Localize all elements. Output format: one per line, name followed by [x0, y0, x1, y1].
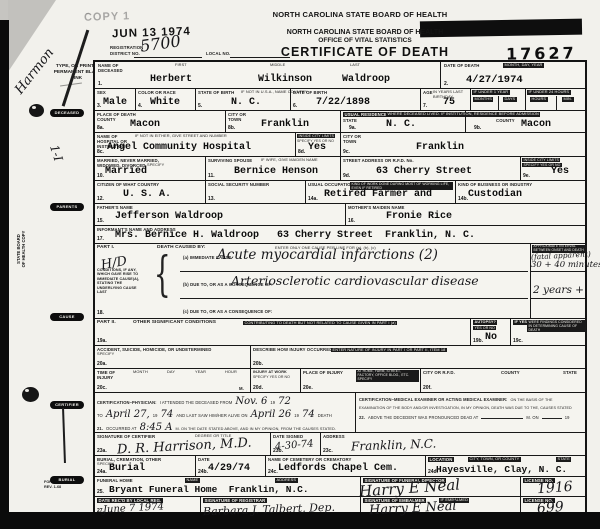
- cell-father: FATHER'S NAME 15. Jefferson Waldroop: [95, 204, 345, 225]
- physician-line-2: TO April 27, 19 74 AND LAST SAW HIM/HER …: [97, 409, 353, 420]
- physician-text-4: DEATH: [318, 413, 332, 418]
- funeral-home-label: FUNERAL HOME: [97, 478, 133, 483]
- registration-underline: [134, 57, 202, 58]
- under-1-year-months: MONTHS: [473, 97, 493, 102]
- name-last-value: Waldroop: [342, 75, 390, 85]
- certifier-address-value: Franklin, N.C.: [351, 437, 437, 454]
- pod-county-number: 8a.: [97, 125, 104, 131]
- location-value: Hayesville, Clay, N. C.: [436, 465, 567, 475]
- part2-title: OTHER SIGNIFICANT CONDITIONS: [133, 320, 216, 326]
- injury-at-work-sublabel: SPECIFY YES OR NO: [253, 375, 290, 379]
- examiner-line-1: CERTIFICATION–MEDICAL EXAMINER OR ACTING…: [359, 397, 583, 402]
- row-citizen-occupation: CITIZEN OF WHAT COUNTRY 12. U. S. A. SOC…: [95, 180, 585, 203]
- form-number-line-2: REV. 1-68: [44, 485, 61, 490]
- injury-city-label: CITY OR R.F.D.: [423, 370, 455, 375]
- autopsy-number: 19b.: [473, 338, 483, 344]
- under-24-hours-min: MIN.: [562, 97, 574, 102]
- name-middle-value: Wilkinson: [258, 75, 312, 85]
- cell-residence-city: CITY OR TOWN 9c. Franklin: [340, 133, 585, 156]
- date-of-death-sublabel: MONTH, DAY, YEAR: [503, 63, 544, 68]
- cell-certification-physician: CERTIFICATION–PHYSICIAN: I ATTENDED THE …: [95, 393, 355, 432]
- cell-cause-part1: PART I. DEATH CAUSED BY: ENTER ONLY ONE …: [95, 244, 530, 318]
- location-sublabel-1: CITY, TOWN, OR COUNTY: [468, 457, 521, 462]
- physician-line-1: CERTIFICATION–PHYSICIAN: I ATTENDED THE …: [97, 396, 353, 407]
- injury-place-sublabel: AT HOME, FARM, STREET, FACTORY, OFFICE B…: [356, 370, 419, 382]
- sex-number: 3.: [97, 103, 101, 109]
- cell-funeral-home: FUNERAL HOME NAME ADDRESS 25. Bryant Fun…: [95, 477, 360, 496]
- cell-part2: PART II. OTHER SIGNIFICANT CONDITIONS CO…: [95, 319, 470, 345]
- punch-hole-mark-top: [29, 104, 44, 117]
- injury-time-number: 20c.: [97, 385, 107, 391]
- side-copy-line-2: OF HEALTH COPY: [21, 224, 26, 274]
- date-of-death-value: 4/27/1974: [466, 75, 523, 86]
- cell-state-of-birth: STATE OF BIRTH IF NOT IN U.S.A., NAME CO…: [195, 89, 290, 110]
- injury-manner-sublabel: SPECIFY: [97, 352, 114, 357]
- last-seen-value: April 26: [251, 409, 292, 420]
- examiner-title: CERTIFICATION–MEDICAL EXAMINER OR ACTING…: [359, 397, 507, 402]
- cell-injury-place: PLACE OF INJURY AT HOME, FARM, STREET, F…: [300, 369, 420, 392]
- date-of-birth-value: 7/22/1898: [316, 98, 370, 108]
- cell-injury-how: DESCRIBE HOW INJURY OCCURRED ENTER NATUR…: [250, 346, 585, 368]
- father-value: Jefferson Waldroop: [115, 212, 223, 222]
- cell-certifier-signature: SIGNATURE OF CERTIFIER DEGREE OR TITLE 2…: [95, 433, 270, 455]
- burial-date-number: 24b.: [198, 469, 208, 475]
- name-label-2: DECEASED: [98, 68, 123, 73]
- part2-label: PART II.: [97, 320, 116, 326]
- physician-text-6: M. ON THE DATE STATED ABOVE, AND IN MY O…: [175, 427, 336, 431]
- cell-residence-state: USUAL RESIDENCE WHERE DECEASED LIVED. IF…: [340, 111, 465, 132]
- mother-value: Fronie Rice: [386, 212, 452, 222]
- interval-a-rule: [531, 271, 585, 272]
- date-of-birth-number: 6.: [293, 103, 297, 109]
- row-certifier-signature: SIGNATURE OF CERTIFIER DEGREE OR TITLE 2…: [95, 432, 585, 455]
- punch-hole-mark-bottom: [22, 387, 39, 402]
- board-header-top: NORTH CAROLINA STATE BOARD OF HEALTH: [235, 10, 485, 19]
- residence-state-number: 9a.: [349, 125, 356, 131]
- cell-cemetery: NAME OF CEMETERY OR CREMATORY 24c. Ledfo…: [265, 456, 425, 476]
- spouse-value: Bernice Henson: [234, 167, 318, 177]
- age-value: 75: [443, 98, 455, 108]
- registration-district-label-1: REGISTRATION: [110, 45, 143, 50]
- under-1-year-days: DAYS: [503, 97, 517, 102]
- burial-type-number: 24a.: [97, 469, 107, 475]
- board-header-2: OFFICE OF VITAL STATISTICS: [255, 37, 475, 44]
- residence-city-label-2: TOWN: [343, 139, 356, 144]
- examiner-text-3: ABOVE THE DECEDENT WAS PRONOUNCED DEAD A…: [368, 415, 478, 420]
- funeral-home-sublabel-address: ADDRESS: [275, 478, 298, 483]
- cell-certification-examiner: CERTIFICATION–MEDICAL EXAMINER OR ACTING…: [355, 393, 585, 432]
- age-number: 7.: [423, 103, 427, 109]
- cell-date-of-death: DATE OF DEATH MONTH, DAY, YEAR 2. 4/27/1…: [440, 62, 585, 88]
- attended-to-value: April 27,: [106, 409, 150, 420]
- state-of-birth-label: STATE OF BIRTH: [198, 90, 234, 95]
- occupation-value: Retired Farmer and: [324, 190, 432, 200]
- street-label: STREET ADDRESS OR R.F.D. No.: [343, 158, 414, 163]
- part1-number: 18.: [97, 310, 104, 316]
- examiner-19: 19: [565, 415, 570, 420]
- pod-city-limits-label: INSIDE CITY LIMITS: [297, 134, 335, 138]
- cell-informant: INFORMANT'S NAME AND ADDRESS 17. Mrs. Be…: [95, 226, 585, 243]
- side-copy-text: STATE BOARD OF HEALTH COPY: [16, 224, 26, 274]
- cell-certifier-address: ADDRESS 23c. Franklin, N.C.: [320, 433, 585, 455]
- injury-time-year: YEAR: [195, 370, 206, 375]
- hospital-sublabel: IF NOT IN EITHER, GIVE STREET AND NUMBER: [135, 134, 227, 139]
- cell-race: COLOR OR RACE 4. White: [135, 89, 195, 110]
- examiner-text-1: ON THE BASIS OF THE: [510, 398, 552, 402]
- informant-value: Mrs. Bernice H. Waldroop 63 Cherry Stree…: [115, 231, 475, 241]
- residence-state-value: N. C.: [386, 120, 416, 130]
- date-of-death-number: 2.: [444, 81, 448, 87]
- ssn-number: 13.: [208, 196, 215, 202]
- autopsy-sublabel: YES OR NO: [473, 326, 496, 330]
- date-signed-value: 4-30-74: [275, 438, 314, 452]
- attended-from-year: 72: [278, 396, 291, 407]
- physician-text-3: AND LAST SAW HIM/HER ALIVE ON: [176, 413, 247, 418]
- residence-county-value: Macon: [521, 120, 551, 130]
- row-hospital: NAME OF HOSPITAL OR INSTITUTION IF NOT I…: [95, 132, 585, 156]
- under-24-hours-hours: HOURS: [530, 97, 548, 102]
- race-label: COLOR OR RACE: [138, 90, 176, 95]
- cell-pod-county: PLACE OF DEATH COUNTY 8a. Macon: [95, 111, 225, 132]
- injury-how-label: DESCRIBE HOW INJURY OCCURRED: [253, 347, 332, 352]
- row-burial: BURIAL, CREMATION, OTHER SPECIFY 24a. Bu…: [95, 455, 585, 476]
- father-number: 15.: [97, 218, 104, 224]
- row-certification: CERTIFICATION–PHYSICIAN: I ATTENDED THE …: [95, 392, 585, 432]
- findings-number: 19c.: [513, 338, 523, 344]
- cell-if-under-24-hours: IF UNDER 24 HOURS HOURS MIN.: [525, 89, 585, 110]
- injury-time-day: DAY: [167, 370, 175, 375]
- tab-certifier: CERTIFIER: [50, 401, 84, 409]
- citizen-number: 12.: [97, 196, 104, 202]
- residence-label: USUAL RESIDENCE: [343, 112, 389, 117]
- cell-burial-type: BURIAL, CREMATION, OTHER SPECIFY 24a. Bu…: [95, 456, 195, 476]
- residence-city-number: 9c.: [343, 149, 350, 155]
- occupation-number: 14a.: [308, 196, 318, 202]
- autopsy-value: No: [485, 333, 497, 343]
- date-signed-label: DATE SIGNED: [273, 434, 303, 439]
- funeral-home-number: 25.: [97, 489, 104, 495]
- street-number: 9d.: [343, 173, 350, 179]
- cemetery-label: NAME OF CEMETERY OR CREMATORY: [268, 457, 352, 462]
- burial-date-label: DATE: [198, 457, 210, 462]
- name-col-first: FIRST: [175, 63, 187, 68]
- injury-manner-number: 20a.: [97, 361, 107, 367]
- certifier-signature-label: SIGNATURE OF CERTIFIER: [97, 434, 155, 439]
- autopsy-label: AUTOPSY?: [473, 320, 497, 325]
- industry-number: 14b.: [458, 196, 468, 202]
- injury-place-number: 20e.: [303, 385, 313, 391]
- cell-ssn: SOCIAL SECURITY NUMBER 13.: [205, 181, 305, 203]
- under-1-year-label: IF UNDER 1 YEAR: [472, 90, 510, 95]
- sex-label: SEX: [97, 90, 106, 95]
- sex-value: Male: [103, 98, 127, 108]
- tab-burial: BURIAL: [50, 476, 84, 484]
- state-of-birth-number: 5.: [198, 103, 202, 109]
- cell-injury-at-work: INJURY AT WORK SPECIFY YES OR NO 20d.: [250, 369, 300, 392]
- marital-value: Married: [105, 167, 147, 177]
- examiner-m-on: M. ON: [526, 415, 538, 420]
- cause-line-a-value: Acute myocardial infarctions (2): [217, 247, 438, 263]
- pod-city-label-2: TOWN: [228, 117, 241, 122]
- interval-a-value: 30 + 40 minutes: [531, 260, 600, 270]
- cemetery-value: Ledfords Chapel Cem.: [278, 464, 398, 474]
- cell-name: NAME OF DECEASED FIRST MIDDLE LAST 1. He…: [95, 62, 440, 88]
- marital-sublabel: SPECIFY: [147, 163, 164, 168]
- hospital-value: Angel Community Hospital: [107, 143, 251, 153]
- cell-residence-city-limits: INSIDE CITY LIMITS SPECIFY YES OR NO 9e.…: [520, 157, 585, 180]
- number-22: 22.: [359, 415, 365, 420]
- physician-title: CERTIFICATION–PHYSICIAN:: [97, 400, 157, 405]
- under-24-hours-divider: [556, 96, 557, 111]
- name-col-middle: MIDDLE: [270, 63, 285, 68]
- date-of-birth-label: DATE OF BIRTH: [293, 90, 327, 95]
- under-24-hours-label: IF UNDER 24 HOURS: [527, 90, 571, 95]
- citizen-label: CITIZEN OF WHAT COUNTRY: [97, 182, 159, 187]
- examiner-line-3: 22. ABOVE THE DECEDENT WAS PRONOUNCED DE…: [359, 415, 583, 420]
- cause-line-b-rule: [180, 298, 528, 299]
- street-value: 63 Cherry Street: [376, 167, 472, 177]
- tab-parents: PARENTS: [50, 203, 84, 211]
- director-license-value: 1916: [536, 479, 573, 497]
- residence-city-limits-number: 9e.: [523, 173, 530, 179]
- scan-edge-left: [0, 20, 9, 529]
- pod-county-label: COUNTY: [97, 117, 116, 122]
- cause-line-c-label: (c) DUE TO, OR AS A CONSEQUENCE OF:: [183, 309, 272, 314]
- occupation-label: USUAL OCCUPATION: [308, 182, 354, 187]
- certifier-address-label: ADDRESS: [323, 434, 345, 439]
- tab-deceased: DECEASED: [50, 109, 84, 117]
- industry-value: Custodian: [468, 190, 522, 200]
- mother-label: MOTHER'S MAIDEN NAME: [348, 205, 405, 210]
- cell-funeral-director: SIGNATURE OF FUNERAL DIRECTOR Harry E Ne…: [360, 477, 520, 496]
- row-demographics: SEX 3. Male COLOR OR RACE 4. White STATE…: [95, 88, 585, 110]
- cell-industry: KIND OF BUSINESS OR INDUSTRY 14b. Custod…: [455, 181, 585, 203]
- citizen-value: U. S. A.: [123, 190, 171, 200]
- row-marital: MARRIED, NEVER MARRIED, WIDOWED, DIVORCE…: [95, 156, 585, 180]
- cell-date-of-birth: DATE OF BIRTH 6. 7/22/1898: [290, 89, 420, 110]
- row-injury-details: TIME OF INJURY MONTH DAY YEAR HOUR 20c. …: [95, 368, 585, 392]
- part1-label: PART I.: [97, 245, 114, 251]
- cell-marital-status: MARRIED, NEVER MARRIED, WIDOWED, DIVORCE…: [95, 157, 205, 180]
- cell-pod-city: CITY OR TOWN 8b. Franklin: [225, 111, 340, 132]
- cell-age: AGE IN YEARS LAST BIRTHDAY 7. 75: [420, 89, 470, 110]
- local-no-label: LOCAL NO.: [206, 51, 230, 56]
- examiner-line-2: EXAMINATION OF THE BODY AND/OR INVESTIGA…: [359, 406, 583, 410]
- attended-to-year: 74: [160, 409, 173, 420]
- injury-how-note: ENTER NATURE OF INJURY IN PART I OR PART…: [331, 348, 447, 353]
- marital-number: 10.: [97, 173, 104, 179]
- cell-occupation: USUAL OCCUPATION KIND OF WORK DONE DURIN…: [305, 181, 455, 203]
- race-value: White: [150, 98, 180, 108]
- physician-text-5: OCCURRED AT: [106, 426, 137, 431]
- year-prefix-a: 19: [270, 400, 275, 405]
- cell-autopsy-findings: IF YES WERE FINDINGS CONSIDERED IN DETER…: [510, 319, 585, 345]
- row-injury-manner: ACCIDENT, SUICIDE, HOMICIDE, OR UNDETERM…: [95, 345, 585, 368]
- residence-county-label: COUNTY: [496, 118, 515, 123]
- cell-cemetery-location: LOCATION CITY, TOWN, OR COUNTY STATE 24d…: [425, 456, 585, 476]
- cell-autopsy: AUTOPSY? YES OR NO 19b. No: [470, 319, 510, 345]
- row-name: NAME OF DECEASED FIRST MIDDLE LAST 1. He…: [95, 62, 585, 88]
- ssn-label: SOCIAL SECURITY NUMBER: [208, 182, 269, 187]
- row-parents: FATHER'S NAME 15. Jefferson Waldroop MOT…: [95, 203, 585, 225]
- cell-interval-column: APPROXIMATE INTERVAL BETWEEN ONSET AND D…: [530, 244, 585, 318]
- race-number: 4.: [138, 103, 142, 109]
- injury-time-label-2: INJURY: [97, 375, 113, 380]
- injury-county-label: COUNTY: [501, 370, 520, 375]
- residence-city-limits-label: INSIDE CITY LIMITS: [522, 158, 560, 162]
- cell-street-address: STREET ADDRESS OR R.F.D. No. 9d. 63 Cher…: [340, 157, 520, 180]
- findings-sublabel: WERE FINDINGS CONSIDERED IN DETERMINING …: [527, 320, 586, 332]
- cell-sex: SEX 3. Male: [95, 89, 135, 110]
- pod-city-number: 8b.: [228, 125, 235, 131]
- residence-state-label: STATE: [343, 118, 357, 123]
- part2-note: CONTRIBUTING TO DEATH BUT NOT RELATED TO…: [243, 321, 397, 326]
- board-header-1: NORTH CAROLINA STATE BOARD OF HEALTH: [255, 29, 475, 36]
- year-prefix-b: 19: [153, 413, 158, 418]
- residence-sublabel: WHERE DECEASED LIVED. IF INSTITUTION, RE…: [386, 112, 540, 117]
- tab-cause: CAUSE: [50, 313, 84, 321]
- death-certificate-form: NAME OF DECEASED FIRST MIDDLE LAST 1. He…: [93, 60, 587, 517]
- cell-injury-city: CITY OR R.F.D. COUNTY STATE 20f.: [420, 369, 585, 392]
- injury-time-month: MONTH: [133, 370, 148, 375]
- name-first-value: Herbert: [150, 75, 192, 85]
- row-cause-of-death: PART I. DEATH CAUSED BY: ENTER ONLY ONE …: [95, 243, 585, 318]
- row-part2-autopsy: PART II. OTHER SIGNIFICANT CONDITIONS CO…: [95, 318, 585, 345]
- last-seen-year: 74: [302, 409, 315, 420]
- cell-burial-date: DATE 24b. 4/29/74: [195, 456, 265, 476]
- injury-state-label: STATE: [563, 370, 577, 375]
- cell-if-under-1-year: IF UNDER 1 YEAR MONTHS DAYS: [470, 89, 525, 110]
- spouse-sublabel: IF WIFE, GIVE MAIDEN NAME: [261, 158, 318, 163]
- state-of-birth-value: N. C.: [231, 98, 261, 108]
- cell-injury-time: TIME OF INJURY MONTH DAY YEAR HOUR 20c. …: [95, 369, 250, 392]
- cell-surviving-spouse: SURVIVING SPOUSE IF WIFE, GIVE MAIDEN NA…: [205, 157, 340, 180]
- burial-date-value: 4/29/74: [208, 464, 250, 474]
- pronounced-blank-line: [481, 418, 523, 419]
- pod-city-limits-value: Yes: [308, 143, 326, 153]
- examiner-text-2: EXAMINATION OF THE BODY AND/OR INVESTIGA…: [359, 406, 572, 410]
- location-label: LOCATION: [428, 457, 454, 462]
- part2-number: 19a.: [97, 338, 107, 344]
- injury-city-number: 20f.: [423, 385, 432, 391]
- certifier-sign-number: 23a.: [97, 448, 107, 454]
- row-place-of-death: PLACE OF DEATH COUNTY 8a. Macon CITY OR …: [95, 110, 585, 132]
- cell-pod-city-limits: INSIDE CITY LIMITS SPECIFY YES OR NO 8d.…: [295, 133, 340, 156]
- residence-county-number: 9b.: [474, 125, 481, 131]
- year-prefix-c: 19: [294, 413, 299, 418]
- location-sublabel-2: STATE: [556, 457, 571, 462]
- spouse-number: 11.: [208, 173, 215, 179]
- pod-county-value: Macon: [130, 120, 160, 130]
- injury-time-hour: HOUR: [225, 370, 237, 375]
- embalmer-license-value: 699: [536, 499, 564, 517]
- number-21: 21.: [97, 426, 103, 431]
- interval-b-value: 2 years +: [533, 284, 584, 296]
- residence-city-value: Franklin: [416, 143, 464, 153]
- pronounced-date-blank: [542, 418, 562, 419]
- hospital-number: 8c.: [97, 149, 104, 155]
- funeral-home-sublabel-name: NAME: [185, 478, 200, 483]
- registration-district-label-2: DISTRICT NO.: [110, 51, 140, 56]
- cell-hospital: NAME OF HOSPITAL OR INSTITUTION IF NOT I…: [95, 133, 295, 156]
- injury-how-number: 20b.: [253, 361, 263, 367]
- attended-from-value: Nov. 6: [235, 396, 267, 407]
- father-label: FATHER'S NAME: [97, 205, 133, 210]
- injury-place-label: PLACE OF INJURY: [303, 370, 343, 375]
- funeral-home-value: Bryant Funeral Home Franklin, N.C.: [109, 485, 309, 495]
- conditions-brace: {: [154, 250, 171, 298]
- row-informant: INFORMANT'S NAME AND ADDRESS 17. Mrs. Be…: [95, 225, 585, 243]
- cell-citizen: CITIZEN OF WHAT COUNTRY 12. U. S. A.: [95, 181, 205, 203]
- name-number: 1.: [98, 81, 102, 87]
- injury-at-work-label: INJURY AT WORK: [253, 370, 287, 375]
- physician-text-2: TO: [97, 413, 103, 418]
- industry-label: KIND OF BUSINESS OR INDUSTRY: [458, 182, 532, 187]
- spouse-label: SURVIVING SPOUSE: [208, 158, 252, 163]
- date-of-death-label: DATE OF DEATH: [444, 63, 480, 68]
- cell-date-signed: DATE SIGNED 23b. 4-30-74: [270, 433, 320, 455]
- burial-type-value: Burial: [109, 464, 145, 474]
- cell-director-license: LICENSE NO. 1916: [520, 477, 585, 496]
- cause-line-b-value: Arteriosclerotic cardiovascular disease: [231, 273, 479, 288]
- certifier-address-number: 23c.: [323, 448, 333, 454]
- injury-time-m: M.: [239, 386, 244, 391]
- age-label: AGE: [423, 90, 433, 95]
- name-col-last: LAST: [350, 63, 360, 68]
- cell-mother: MOTHER'S MAIDEN NAME 16. Fronie Rice: [345, 204, 585, 225]
- local-no-underline: [230, 57, 290, 58]
- pod-city-limits-number: 8d.: [298, 149, 305, 155]
- pod-city-value: Franklin: [261, 120, 309, 130]
- mother-number: 16.: [348, 218, 355, 224]
- interval-b-rule: [531, 298, 585, 299]
- residence-city-limits-value: Yes: [551, 167, 569, 177]
- physician-text-1: I ATTENDED THE DECEASED FROM: [160, 400, 233, 405]
- row-funeral-home: FUNERAL HOME NAME ADDRESS 25. Bryant Fun…: [95, 476, 585, 496]
- injury-at-work-number: 20d.: [253, 385, 263, 391]
- cemetery-number: 24c.: [268, 469, 278, 475]
- cell-injury-manner: ACCIDENT, SUICIDE, HOMICIDE, OR UNDETERM…: [95, 346, 250, 368]
- under-1-year-divider: [498, 96, 499, 111]
- informant-number: 17.: [97, 236, 104, 242]
